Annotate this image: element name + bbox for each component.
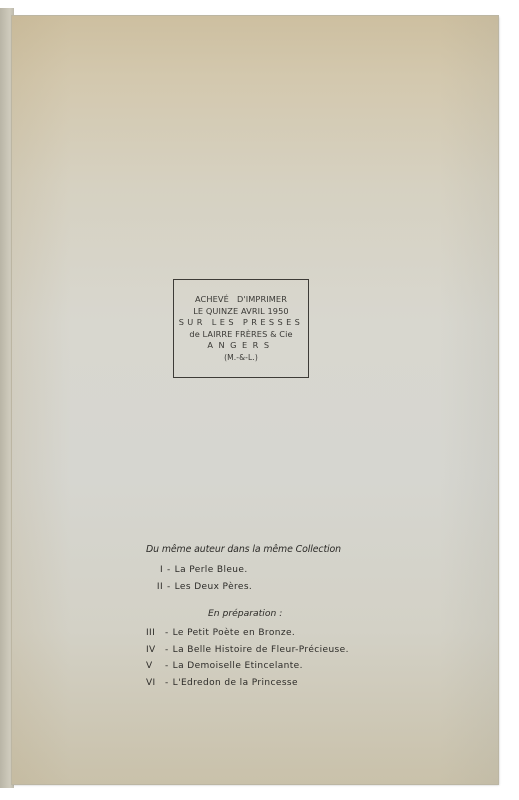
- book-numeral: IV: [146, 642, 161, 659]
- imprint-line-printer: de LAIRRE FRÈRES & Cie: [189, 329, 292, 341]
- book-numeral: II: [146, 579, 163, 596]
- book-separator: -: [161, 678, 173, 688]
- in-preparation-heading: En préparation :: [208, 608, 446, 619]
- book-numeral: VI: [146, 675, 161, 692]
- book-title: L'Edredon de la Princesse: [173, 678, 298, 688]
- imprint-line-region: (M.-&-L.): [224, 352, 258, 364]
- book-list-item: III-Le Petit Poète en Bronze.: [146, 625, 446, 642]
- book-numeral: III: [146, 625, 161, 642]
- book-list-item: I-La Perle Bleue.: [146, 562, 446, 579]
- printer-imprint-box: ACHEVÉ D'IMPRIMER LE QUINZE AVRIL 1950 S…: [173, 279, 309, 378]
- book-separator: -: [163, 565, 175, 575]
- same-author-collection: Du même auteur dans la même Collection I…: [146, 544, 446, 691]
- book-title: La Belle Histoire de Fleur-Précieuse.: [173, 645, 349, 655]
- book-list-item: II-Les Deux Pères.: [146, 579, 446, 596]
- imprint-line-date: LE QUINZE AVRIL 1950: [193, 306, 288, 318]
- imprint-line-completed: ACHEVÉ D'IMPRIMER: [195, 294, 287, 306]
- book-numeral: I: [146, 562, 163, 579]
- book-list-item: V-La Demoiselle Etincelante.: [146, 658, 446, 675]
- book-list-item: IV-La Belle Histoire de Fleur-Précieuse.: [146, 642, 446, 659]
- book-separator: -: [161, 628, 173, 638]
- book-numeral: V: [146, 658, 161, 675]
- book-separator: -: [163, 582, 175, 592]
- book-title: La Perle Bleue.: [175, 565, 248, 575]
- book-list-item: VI-L'Edredon de la Princesse: [146, 675, 446, 692]
- book-title: Le Petit Poète en Bronze.: [173, 628, 296, 638]
- collection-heading: Du même auteur dans la même Collection: [146, 544, 446, 555]
- imprint-line-city: ANGERS: [207, 340, 274, 352]
- book-page: ACHEVÉ D'IMPRIMER LE QUINZE AVRIL 1950 S…: [12, 16, 498, 784]
- photo-stage: ACHEVÉ D'IMPRIMER LE QUINZE AVRIL 1950 S…: [0, 0, 519, 800]
- book-title: Les Deux Pères.: [175, 582, 253, 592]
- book-separator: -: [161, 645, 173, 655]
- book-separator: -: [161, 661, 173, 671]
- imprint-line-presses: SUR LES PRESSES: [179, 317, 304, 329]
- book-title: La Demoiselle Etincelante.: [173, 661, 303, 671]
